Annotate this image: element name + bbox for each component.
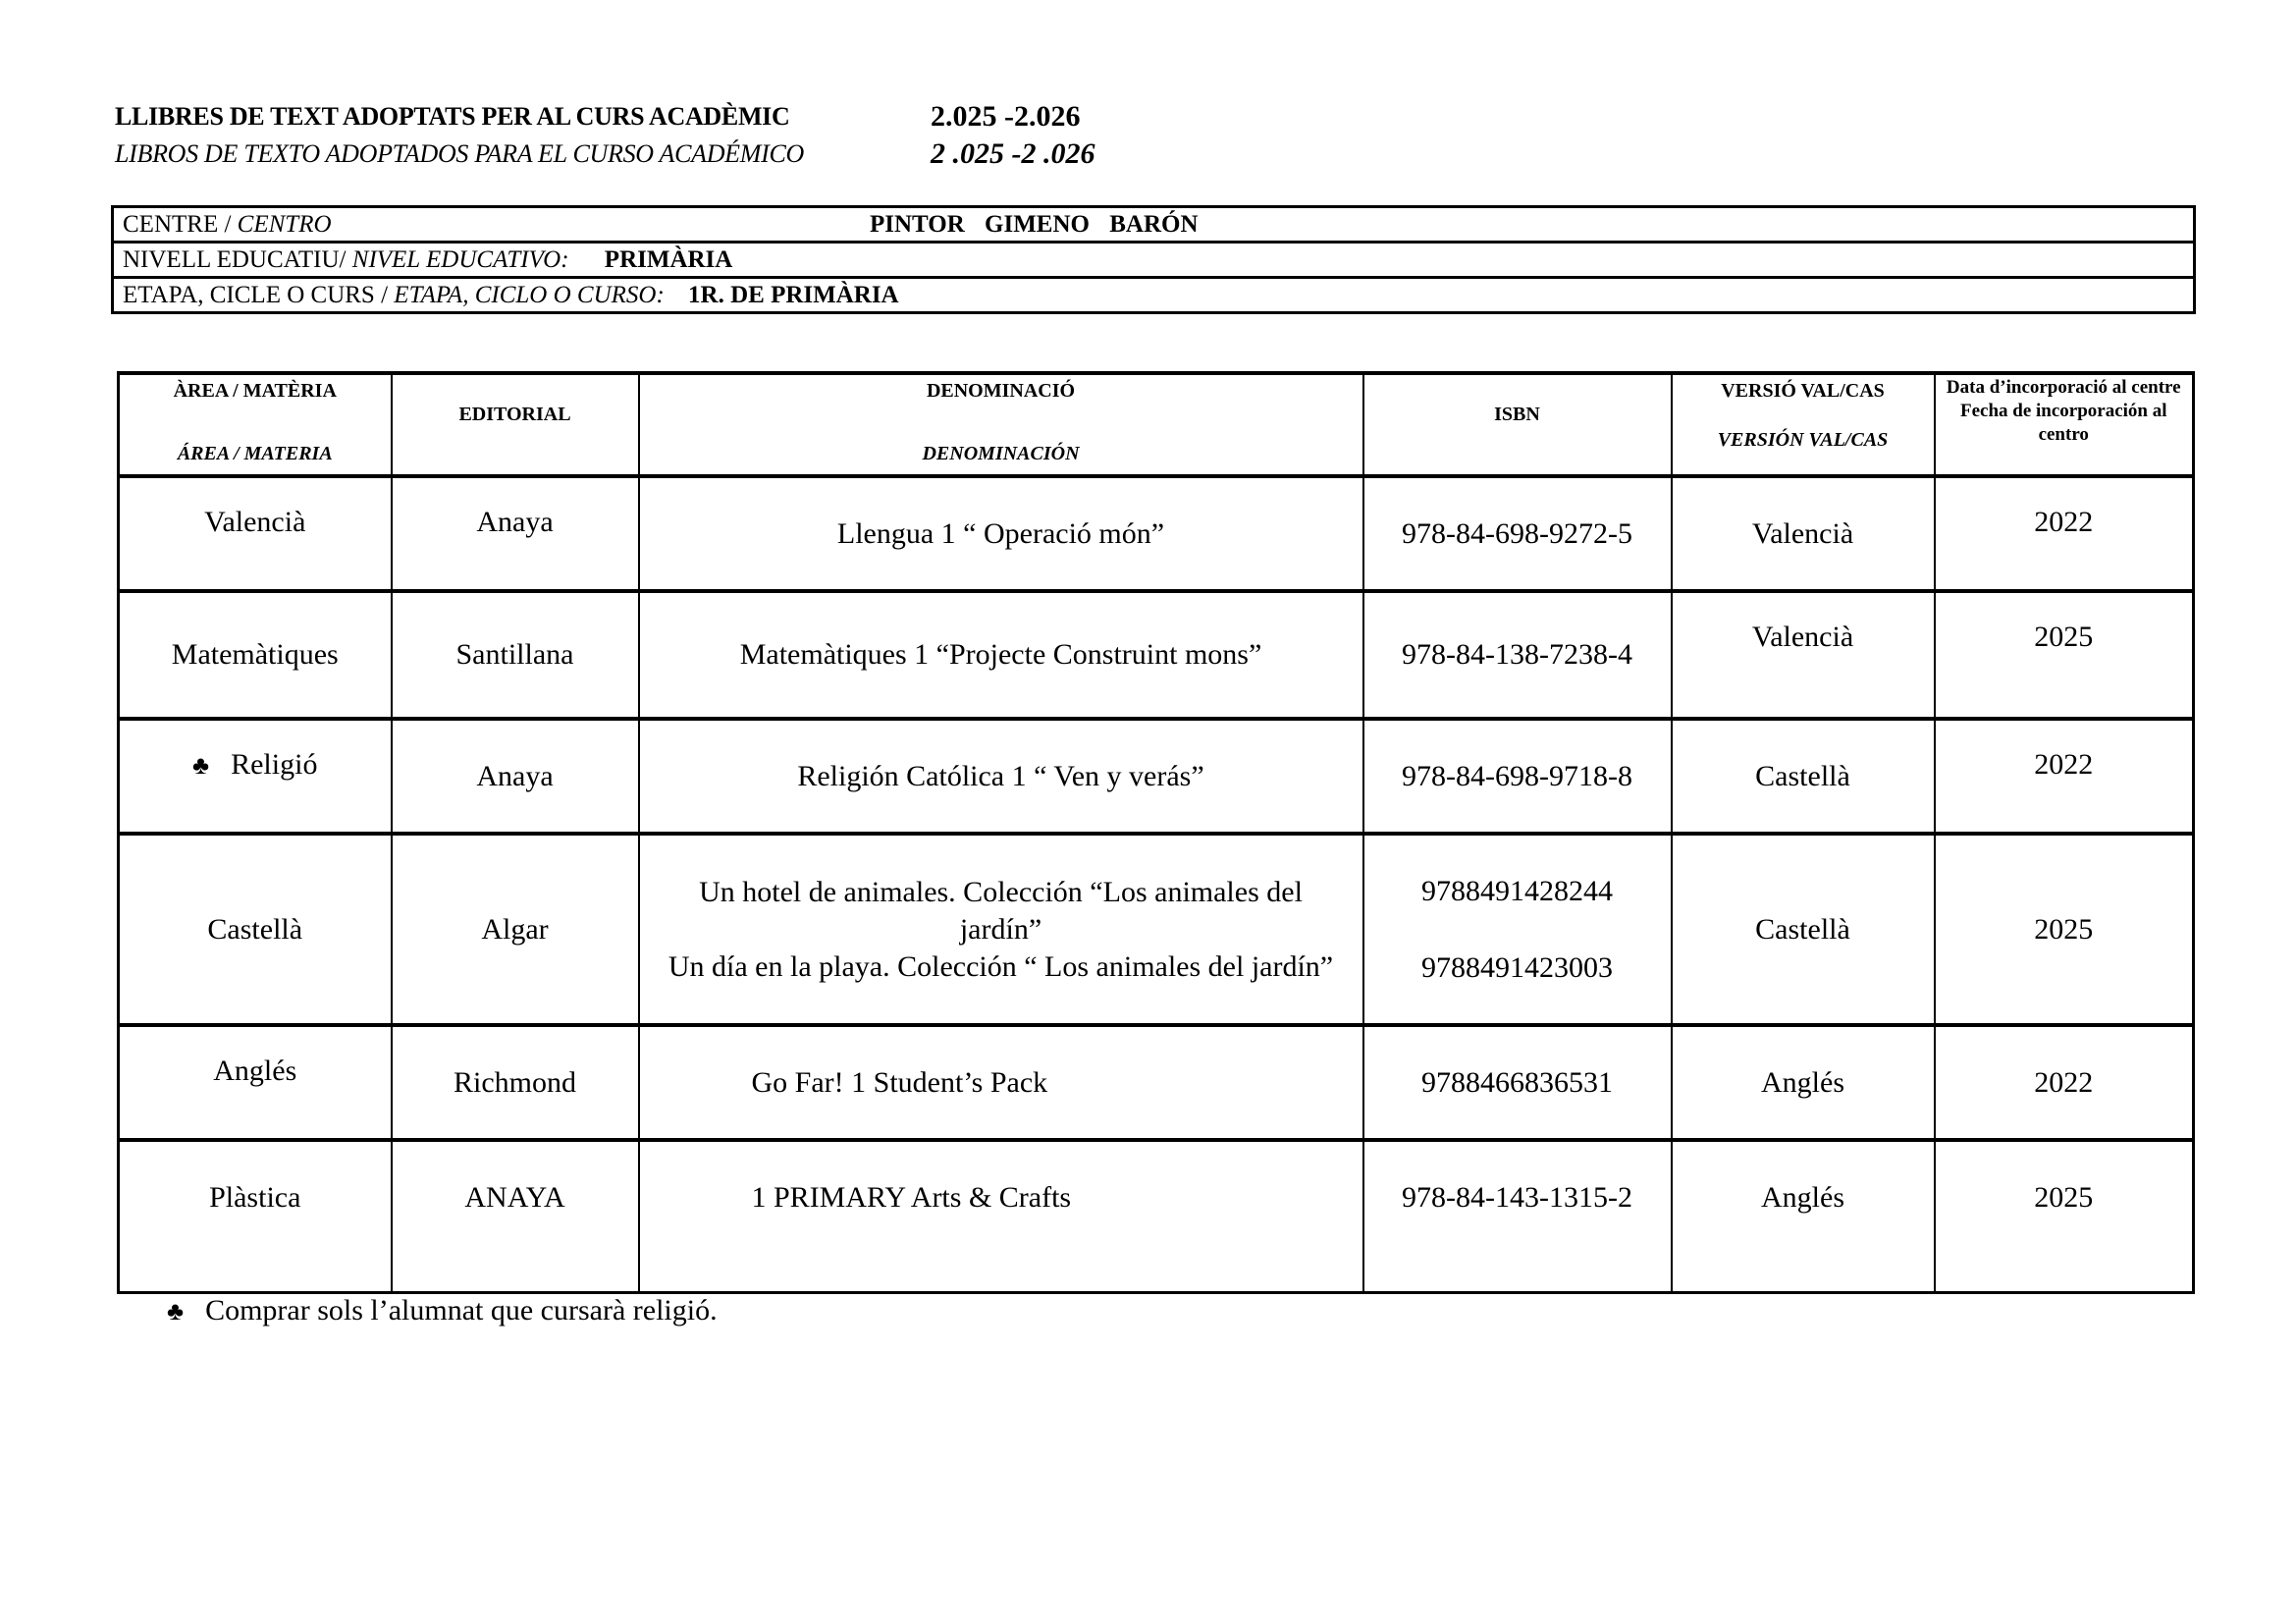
header-versio-es: VERSIÓN VAL/CAS [1673,428,1934,452]
cell-editorial: Algar [392,834,639,1025]
cell-isbn: 978-84-138-7238-4 [1363,591,1672,719]
cell-area: Matemàtiques [119,591,392,719]
club-icon: ♣ [192,751,209,780]
cell-version: Castellà [1672,719,1935,834]
cell-title: Go Far! 1 Student’s Pack [639,1025,1363,1140]
cell-isbn-1: 9788491428244 [1364,873,1671,910]
cell-area: Anglés [120,1053,391,1090]
header-data: Data d’incorporació al centre Fecha de i… [1935,373,2194,476]
table-row: Castellà Algar Un hotel de animales. Col… [119,834,2194,1025]
cell-version: Anglés [1673,1179,1934,1217]
cell-editorial: Anaya [393,504,638,541]
etapa-label-es: ETAPA, CICLO O CURSO: [394,282,664,308]
header-denominacio-ca: DENOMINACIÓ [640,379,1362,403]
table-row: Anglés Richmond Go Far! 1 Student’s Pack… [119,1025,2194,1140]
table-row: Matemàtiques Santillana Matemàtiques 1 “… [119,591,2194,719]
cell-area: Castellà [119,834,392,1025]
table-row: Plàstica ANAYA 1 PRIMARY Arts & Crafts 9… [119,1140,2194,1292]
cell-isbn-2: 9788491423003 [1364,949,1671,987]
school-info-box: CENTRE / CENTRO PINTOR GIMENO BARÓN NIVE… [111,205,2196,314]
centre-label-es: CENTRO [238,211,332,238]
title-catalan: LLIBRES DE TEXT ADOPTATS PER AL CURS ACA… [115,102,789,132]
header-data-ca: Data d’incorporació al centre [1936,376,2193,400]
header-isbn-label: ISBN [1364,403,1671,426]
cell-version: Castellà [1672,834,1935,1025]
cell-area-text: Religió [231,748,317,781]
header-editorial-label: EDITORIAL [393,403,638,426]
etapa-row: ETAPA, CICLE O CURS / ETAPA, CICLO O CUR… [114,276,2193,311]
cell-isbn: 978-84-143-1315-2 [1364,1179,1671,1217]
header-area-ca: ÀREA / MATÈRIA [120,379,391,403]
centre-value: PINTOR GIMENO BARÓN [870,208,1199,241]
header-denominacio: DENOMINACIÓ DENOMINACIÓN [639,373,1363,476]
footnote: ♣Comprar sols l’alumnat que cursarà reli… [167,1294,718,1327]
cell-year: 2022 [1936,504,2193,541]
cell-year: 2025 [1935,834,2194,1025]
cell-isbn: 978-84-698-9718-8 [1363,719,1672,834]
nivell-row: NIVELL EDUCATIU/ NIVEL EDUCATIVO: PRIMÀR… [114,241,2193,276]
header-editorial: EDITORIAL [392,373,639,476]
cell-title: Matemàtiques 1 “Projecte Construint mons… [639,591,1363,719]
nivell-label-es: NIVEL EDUCATIVO: [352,246,569,273]
cell-version: Valencià [1673,619,1934,656]
nivell-value: PRIMÀRIA [605,246,733,273]
cell-year: 2022 [1936,746,2193,784]
header-data-es: Fecha de incorporación al centro [1936,400,2193,447]
cell-isbn: 9788491428244 9788491423003 [1363,834,1672,1025]
footnote-text: Comprar sols l’alumnat que cursarà relig… [205,1294,718,1326]
title-spanish: LIBROS DE TEXTO ADOPTADOS PARA EL CURSO … [115,139,804,169]
centre-row: CENTRE / CENTRO PINTOR GIMENO BARÓN [114,208,2193,241]
cell-title: Un hotel de animales. Colección “Los ani… [639,834,1363,1025]
cell-area: ♣Religió [120,746,391,785]
cell-version: Anglés [1672,1025,1935,1140]
cell-title-1: Un hotel de animales. Colección “Los ani… [660,874,1343,948]
club-icon: ♣ [167,1297,184,1326]
cell-area: Plàstica [120,1179,391,1217]
cell-title: 1 PRIMARY Arts & Crafts [752,1179,1362,1217]
header-denominacio-es: DENOMINACIÓN [640,442,1362,465]
cell-editorial: ANAYA [393,1179,638,1217]
etapa-value: 1R. DE PRIMÀRIA [688,282,899,308]
cell-editorial: Anaya [392,719,639,834]
cell-year: 2025 [1936,619,2193,656]
header-versio-ca: VERSIÓ VAL/CAS [1673,379,1934,403]
academic-year-spanish: 2 .025 -2 .026 [931,137,1095,171]
etapa-label-ca: ETAPA, CICLE O CURS / [123,282,394,308]
table-row: ♣Religió Anaya Religión Católica 1 “ Ven… [119,719,2194,834]
cell-title-2: Un día en la playa. Colección “ Los anim… [660,948,1343,986]
cell-isbn: 978-84-698-9272-5 [1363,476,1672,591]
table-header-row: ÀREA / MATÈRIA ÁREA / MATERIA EDITORIAL … [119,373,2194,476]
header-isbn: ISBN [1363,373,1672,476]
cell-year: 2025 [1936,1179,2193,1217]
cell-year: 2022 [1935,1025,2194,1140]
textbooks-table: ÀREA / MATÈRIA ÁREA / MATERIA EDITORIAL … [117,371,2195,1294]
header-area-es: ÁREA / MATERIA [120,442,391,465]
cell-editorial: Richmond [392,1025,639,1140]
cell-version: Valencià [1672,476,1935,591]
centre-label-ca: CENTRE / [123,211,238,238]
cell-title: Religión Católica 1 “ Ven y verás” [639,719,1363,834]
nivell-label-ca: NIVELL EDUCATIU/ [123,246,352,273]
header-versio: VERSIÓ VAL/CAS VERSIÓN VAL/CAS [1672,373,1935,476]
cell-editorial: Santillana [392,591,639,719]
cell-area: Valencià [120,504,391,541]
table-row: Valencià Anaya Llengua 1 “ Operació món”… [119,476,2194,591]
cell-title: Llengua 1 “ Operació món” [639,476,1363,591]
cell-isbn: 9788466836531 [1363,1025,1672,1140]
academic-year-catalan: 2.025 -2.026 [931,100,1081,134]
header-area: ÀREA / MATÈRIA ÁREA / MATERIA [119,373,392,476]
